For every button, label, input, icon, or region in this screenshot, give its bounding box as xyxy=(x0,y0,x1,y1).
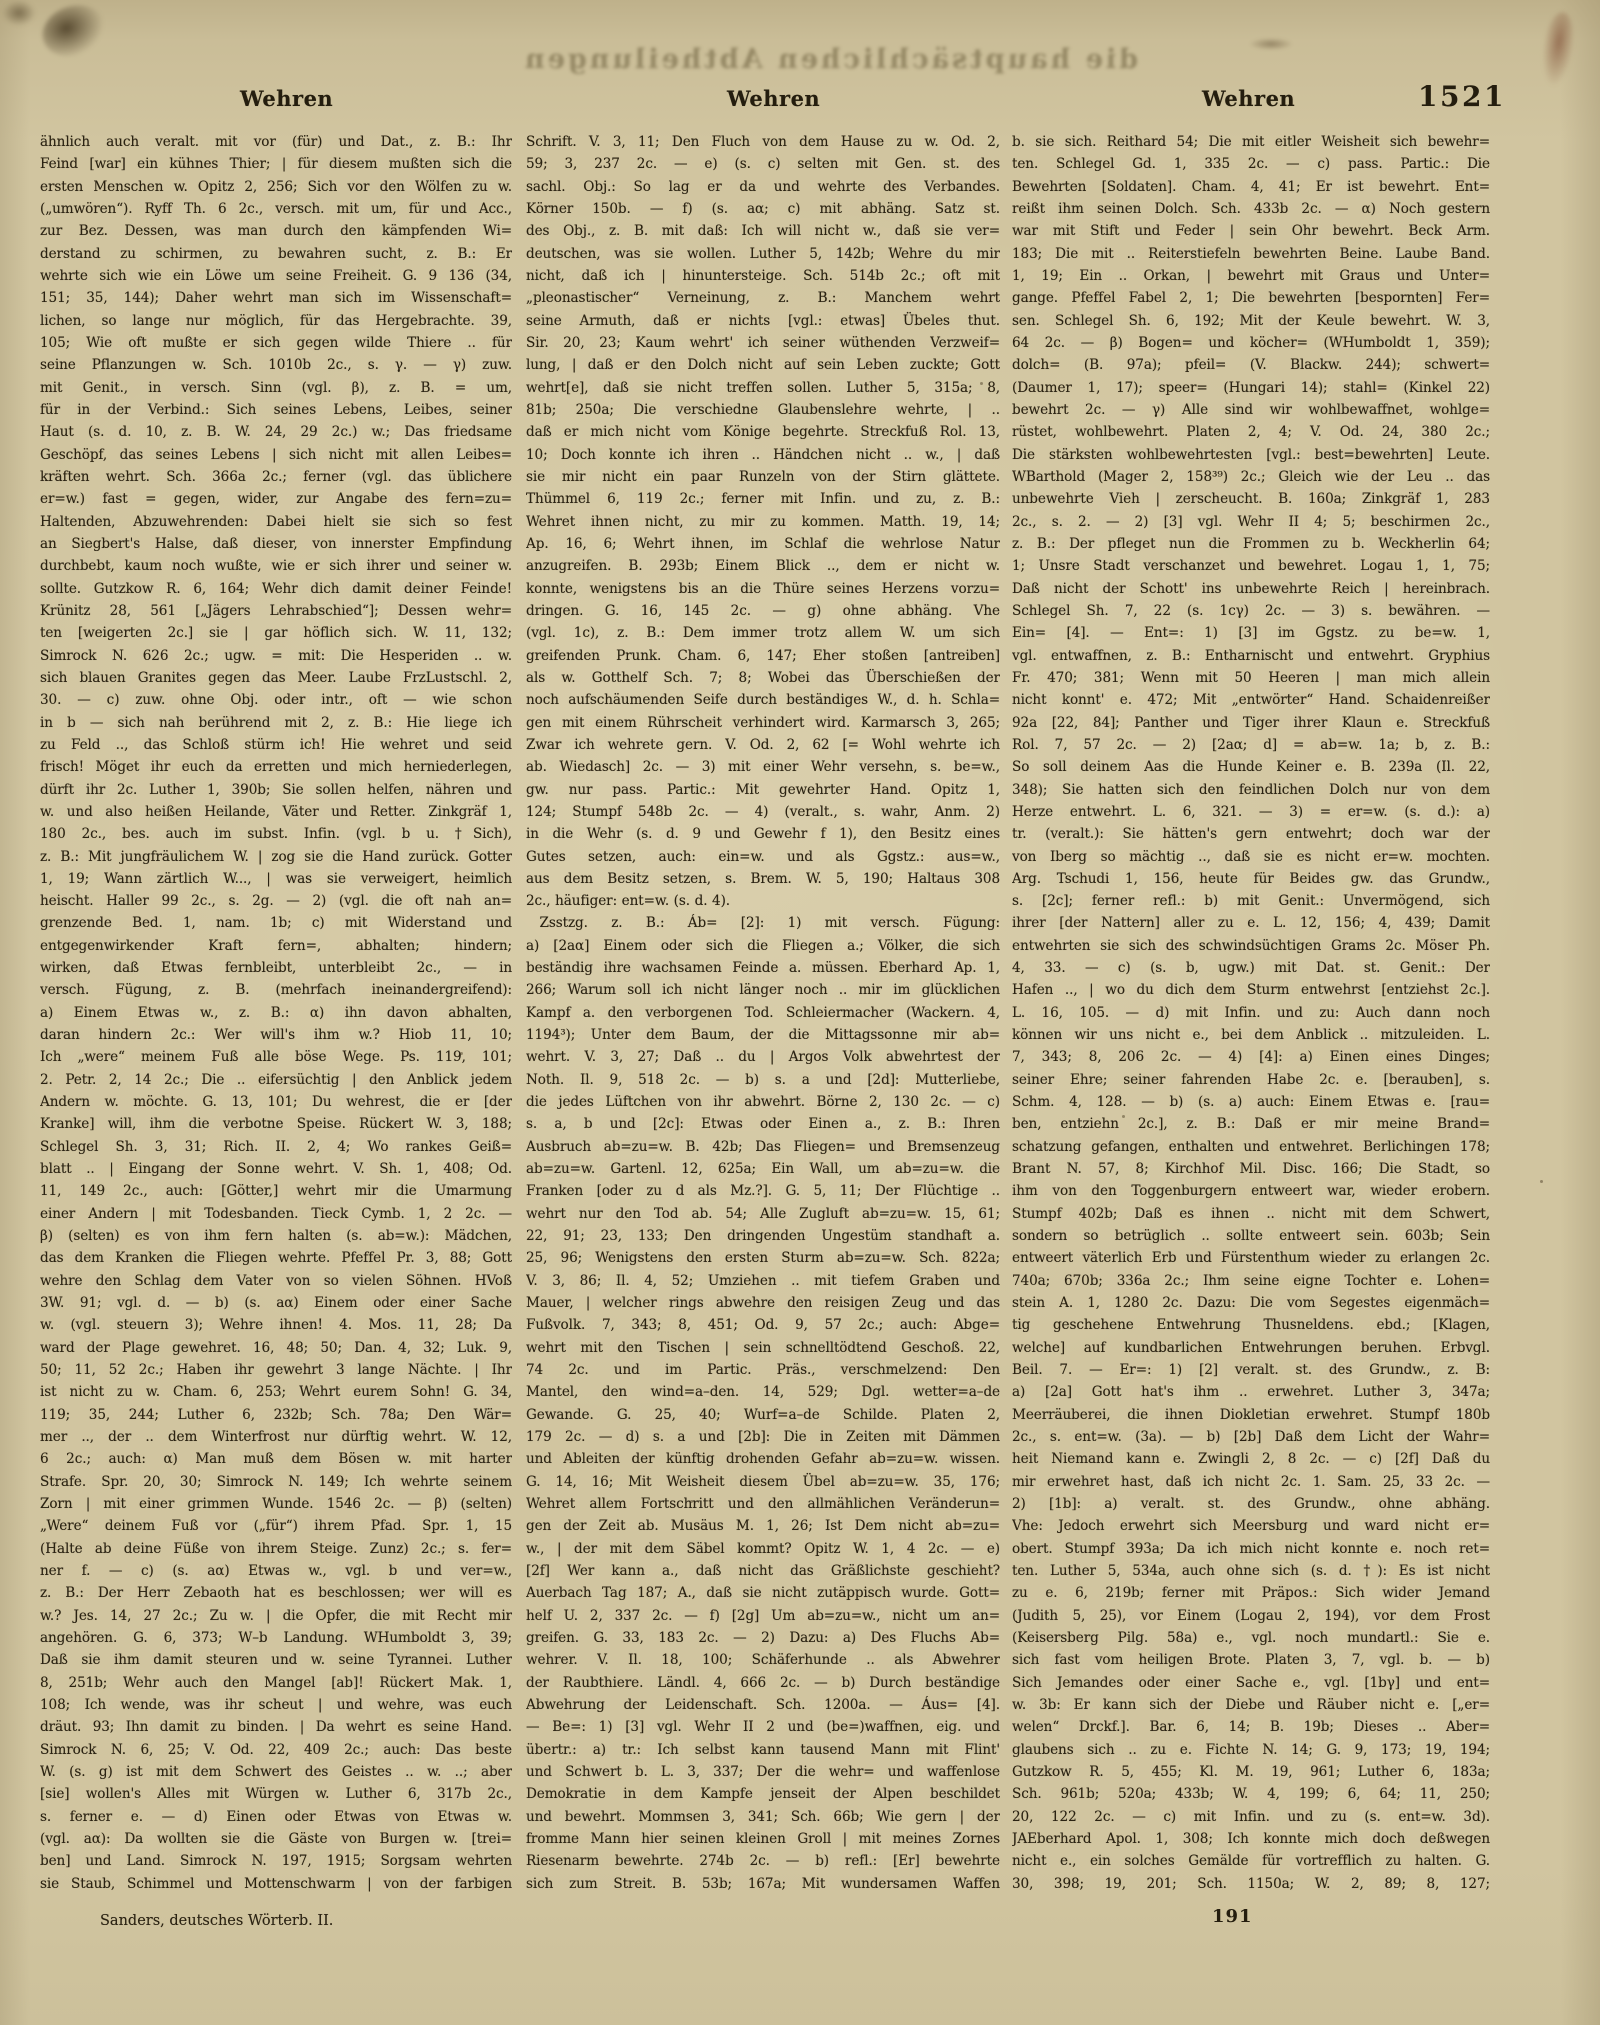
text-line: glaubens sich .. zu e. Fichte N. 14; G. … xyxy=(1012,1739,1490,1761)
text-line: Simrock N. 626 2c.; ugw. = mit: Die Hesp… xyxy=(40,645,512,667)
text-line: reißt ihm seinen Dolch. Sch. 433b 2c. — … xyxy=(1012,198,1490,220)
text-line: 3W. 91; vgl. d. — b) (s. aα) Einem oder … xyxy=(40,1292,512,1314)
text-line: als w. Gotthelf Sch. 7; 8; Wobei das Übe… xyxy=(526,667,1000,689)
text-line: 348); Sie hatten sich den feindlichen Do… xyxy=(1012,779,1490,801)
text-line: sondern so betrüglich .. sollte entweert… xyxy=(1012,1225,1490,1247)
text-line: Hafen .., | wo du dich dem Sturm entwehr… xyxy=(1012,979,1490,1001)
text-line: versch. Fügung, z. B. (mehrfach ineinand… xyxy=(40,979,512,1001)
text-line: entgegenwirkender Kraft fern=, abhalten;… xyxy=(40,935,512,957)
text-line: unbewehrte Vieh | zerscheucht. B. 160a; … xyxy=(1012,488,1490,510)
text-column-left: ähnlich auch veralt. mit vor (für) und D… xyxy=(40,131,512,1895)
text-line: blatt .. | Eingang der Sonne wehrt. V. S… xyxy=(40,1158,512,1180)
text-line: kräften wehrt. Sch. 366a 2c.; ferner (vg… xyxy=(40,466,512,488)
paper-speck xyxy=(1122,1115,1125,1118)
text-line: Daß sie ihm damit steuren und w. seine T… xyxy=(40,1649,512,1671)
text-line: 64 2c. — β) Bogen= und köcher= (WHumbold… xyxy=(1012,332,1490,354)
text-line: Sir. 20, 23; Kaum wehrt' ich seiner wüth… xyxy=(526,332,1000,354)
text-line: sen. Schlegel Sh. 6, 192; Mit der Keule … xyxy=(1012,310,1490,332)
text-line: Krünitz 28, 561 [„Jägers Lehrabschied“];… xyxy=(40,600,512,622)
text-line: ten [weigerten 2c.] sie | gar höflich si… xyxy=(40,622,512,644)
text-line: z. B.: Mit jungfräulichem W. | zog sie d… xyxy=(40,846,512,868)
text-line: die jedes Lüftchen von ihr abwehrt. Börn… xyxy=(526,1091,1000,1113)
text-line: W. (s. g) ist mit dem Schwert des Geiste… xyxy=(40,1761,512,1783)
text-line: grenzende Bed. 1, nam. 1b; c) mit Widers… xyxy=(40,912,512,934)
running-title-right: Wehren xyxy=(1202,86,1295,111)
text-line: entweert väterlich Erb und Fürstenthum w… xyxy=(1012,1247,1490,1269)
text-line: ist nicht zu w. Cham. 6, 253; Wehrt eure… xyxy=(40,1381,512,1403)
text-column-right: b. sie sich. Reithard 54; Die mit eitler… xyxy=(1012,131,1490,1895)
paper-speck xyxy=(460,1052,463,1055)
text-line: einer Andern | mit Todesbanden. Tieck Cy… xyxy=(40,1203,512,1225)
text-line: tig geschehene Entwehrung Thusneldens. e… xyxy=(1012,1314,1490,1336)
text-line: 183; Die mit .. Reiterstiefeln bewehrten… xyxy=(1012,243,1490,265)
text-line: Kranke] will, ihm die verbotne Speise. R… xyxy=(40,1113,512,1135)
text-line: für in der Verbind.: Sich seines Lebens,… xyxy=(40,399,512,421)
text-line: in die Wehr (s. d. 9 und Gewehr f 1), de… xyxy=(526,823,1000,845)
text-line: — Be=: 1) [3] vgl. Wehr II 2 und (be=)wa… xyxy=(526,1716,1000,1738)
text-line: 92a [22, 84]; Panther und Tiger ihrer Kl… xyxy=(1012,712,1490,734)
text-line: sie mir nicht ein paar Runzeln von der S… xyxy=(526,466,1000,488)
text-line: (Judith 5, 25), vor Einem (Logau 2, 194)… xyxy=(1012,1605,1490,1627)
text-line: daß er mich nicht vom Könige begehrte. S… xyxy=(526,421,1000,443)
text-line: frisch! Möget ihr euch da erretten und m… xyxy=(40,756,512,778)
text-line: zur Bez. Dessen, was man durch den kämpf… xyxy=(40,220,512,242)
text-line: Zorn | mit einer grimmen Wunde. 1546 2c.… xyxy=(40,1493,512,1515)
text-line: rüstet, wohlbewehrt. Platen 2, 4; V. Od.… xyxy=(1012,421,1490,443)
text-line: Gewande. G. 25, 40; Wurf=a–de Schilde. P… xyxy=(526,1404,1000,1426)
text-line: sich zum Streit. B. 53b; 167a; Mit wunde… xyxy=(526,1873,1000,1895)
text-line: Herze entwehrt. L. 6, 321. — 3) = er=w. … xyxy=(1012,801,1490,823)
text-line: Zsstzg. z. B.: Áb= [2]: 1) mit versch. F… xyxy=(526,912,1000,934)
text-line: 59; 3, 237 2c. — e) (s. c) selten mit Ge… xyxy=(526,153,1000,175)
text-line: greifenden Prunk. Cham. 6, 147; Eher sto… xyxy=(526,645,1000,667)
text-line: seine Armuth, daß er nichts [vgl.: etwas… xyxy=(526,310,1000,332)
paper-speck xyxy=(1460,1612,1463,1615)
text-line: Zwar ich wehrete gern. V. Od. 2, 62 [= W… xyxy=(526,734,1000,756)
paper-speck xyxy=(300,700,303,703)
text-line: s. [2c]; ferner refl.: b) mit Genit.: Un… xyxy=(1012,890,1490,912)
text-line: lichen, so lange nur möglich, für das He… xyxy=(40,310,512,332)
text-line: der Raubthiere. Ländl. 4, 666 2c. — b) D… xyxy=(526,1672,1000,1694)
text-line: an Siegbert's Halse, daß dieser, von inn… xyxy=(40,533,512,555)
text-line: beständig ihre wachsamen Feinde a. müsse… xyxy=(526,957,1000,979)
text-line: „pleonastischer“ Verneinung, z. B.: Manc… xyxy=(526,287,1000,309)
text-line: wehrt nur den Tod ab. 54; Alle Zugluft a… xyxy=(526,1203,1000,1225)
text-line: [2f] Wer kann a., daß nicht das Gräßlich… xyxy=(526,1560,1000,1582)
text-line: G. 14, 16; Mit Weisheit diesem Übel ab=z… xyxy=(526,1471,1000,1493)
text-column-middle: Schrift. V. 3, 11; Den Fluch von dem Hau… xyxy=(526,131,1000,1895)
text-line: Haltenden, Abzuwehrenden: Dabei hielt si… xyxy=(40,511,512,533)
paper-speck xyxy=(1540,1180,1543,1183)
sheet-number: 191 xyxy=(1212,1906,1253,1927)
text-line: Fußvolk. 7, 343; 8, 451; Od. 9, 57 2c.; … xyxy=(526,1314,1000,1336)
text-line: ward der Plage gewehret. 16, 48; 50; Dan… xyxy=(40,1337,512,1359)
text-line: 2c., häufiger: ent=w. (s. d. 4). xyxy=(526,890,1000,912)
text-line: Schm. 4, 128. — b) (s. a) auch: Einem Et… xyxy=(1012,1091,1490,1113)
text-line: Bewehrten [Soldaten]. Cham. 4, 41; Er is… xyxy=(1012,176,1490,198)
text-line: tr. (veralt.): Sie hätten's gern entwehr… xyxy=(1012,823,1490,845)
text-line: Rol. 7, 57 2c. — 2) [2aα; d] = ab=w. 1a;… xyxy=(1012,734,1490,756)
text-line: V. 3, 86; Il. 4, 52; Umziehen .. mit tie… xyxy=(526,1270,1000,1292)
text-line: z. B.: Der pfleget nun die Frommen zu b.… xyxy=(1012,533,1490,555)
text-line: des Obj., z. B. mit daß: Ich will nicht … xyxy=(526,220,1000,242)
running-title-middle: Wehren xyxy=(727,86,820,111)
text-line: gen der Zeit ab. Musäus M. 1, 26; Ist De… xyxy=(526,1515,1000,1537)
text-line: Gutes setzen, auch: ein=w. und als Ggstz… xyxy=(526,846,1000,868)
text-line: 1, 19; Wann zärtlich W..., | was sie ver… xyxy=(40,868,512,890)
text-line: Sch. 961b; 520a; 433b; W. 4, 199; 6, 64;… xyxy=(1012,1783,1490,1805)
text-line: aus dem Besitz setzen, s. Brem. W. 5, 19… xyxy=(526,868,1000,890)
text-line: stein A. 1, 1280 2c. Dazu: Die vom Seges… xyxy=(1012,1292,1490,1314)
text-line: s. ferner e. — d) Einen oder Etwas von E… xyxy=(40,1806,512,1828)
text-line: von Iberg so mächtig .., daß sie es nich… xyxy=(1012,846,1490,868)
text-line: anzugreifen. B. 293b; Einem Blick .., de… xyxy=(526,555,1000,577)
text-line: (Keisersberg Pilg. 58a) e., vgl. noch mu… xyxy=(1012,1627,1490,1649)
text-line: nicht konnt' e. 472; Mit „entwörter“ Han… xyxy=(1012,689,1490,711)
paper-speck xyxy=(980,382,983,385)
text-line: mir erwehret hast, daß ich nicht 2c. 1. … xyxy=(1012,1471,1490,1493)
text-line: β) (selten) es von ihm fern halten (s. a… xyxy=(40,1225,512,1247)
text-line: er=w.) fast = gegen, wider, zur Angabe d… xyxy=(40,488,512,510)
text-line: schatzung gefangen, enthalten und entweh… xyxy=(1012,1136,1490,1158)
text-line: Feind [war] ein kühnes Thier; | für dies… xyxy=(40,153,512,175)
text-line: WBarthold (Mager 2, 158³⁹) 2c.; Gleich w… xyxy=(1012,466,1490,488)
text-line: 22, 91; 23, 133; Den dringenden Ungestüm… xyxy=(526,1225,1000,1247)
text-line: ab=zu=w. Gartenl. 12, 625a; Ein Wall, um… xyxy=(526,1158,1000,1180)
text-line: gen mit einem Rührscheit verhindert wird… xyxy=(526,712,1000,734)
text-line: Die stärksten wohlbewehrtesten [vgl.: be… xyxy=(1012,444,1490,466)
text-line: Abwehrung der Leidenschaft. Sch. 1200a. … xyxy=(526,1694,1000,1716)
text-line: wehrte sich wie ein Löwe um seine Freihe… xyxy=(40,265,512,287)
text-line: z. B.: Der Herr Zebaoth hat es beschloss… xyxy=(40,1582,512,1604)
text-line: (Halte ab deine Füße von ihrem Steige. Z… xyxy=(40,1538,512,1560)
text-line: wehrt. V. 3, 27; Daß .. du | Argos Volk … xyxy=(526,1046,1000,1068)
text-line: ten. Luther 5, 534a, auch ohne sich (s. … xyxy=(1012,1560,1490,1582)
text-line: Ausbruch ab=zu=w. B. 42b; Das Fliegen= u… xyxy=(526,1136,1000,1158)
text-line: Geschöpf, das seines Lebens | sich nicht… xyxy=(40,444,512,466)
text-line: 740a; 670b; 336a 2c.; Ihm seine eigne To… xyxy=(1012,1270,1490,1292)
text-line: durchbebt, kaum noch wußte, wie er sich … xyxy=(40,555,512,577)
text-line: in b — sich nah berührend mit 2, z. B.: … xyxy=(40,712,512,734)
text-line: 179 2c. — d) s. a und [2b]: Die in Zeite… xyxy=(526,1426,1000,1448)
text-line: 124; Stumpf 548b 2c. — 4) (veralt., s. w… xyxy=(526,801,1000,823)
scan-stain-top-right xyxy=(1538,10,1578,87)
text-line: helf U. 2, 337 2c. — f) [2g] Um ab=zu=w.… xyxy=(526,1605,1000,1627)
text-line: Schrift. V. 3, 11; Den Fluch von dem Hau… xyxy=(526,131,1000,153)
text-line: w. (vgl. steuern 3); Wehre ihnen! 4. Mos… xyxy=(40,1314,512,1336)
text-line: seine Pflanzungen w. Sch. 1010b 2c., s. … xyxy=(40,354,512,376)
text-line: wehre den Schlag dem Vater von so vielen… xyxy=(40,1270,512,1292)
text-line: 7, 343; 8, 206 2c. — 4) [4]: a) Einen ei… xyxy=(1012,1046,1490,1068)
text-line: Wehret allem Fortschritt und den allmähl… xyxy=(526,1493,1000,1515)
text-line: 50; 11, 52 2c.; Haben ihr gewehrt 3 lang… xyxy=(40,1359,512,1381)
text-line: ihrer [der Nattern] aller zu e. L. 12, 1… xyxy=(1012,912,1490,934)
text-line: 1; Unsre Stadt verschanzet und bewehret.… xyxy=(1012,555,1490,577)
text-line: a) [2a] Gott hat's ihm .. erwehret. Luth… xyxy=(1012,1381,1490,1403)
text-line: Fr. 470; 381; Wenn mit 50 Heeren | man m… xyxy=(1012,667,1490,689)
text-line: 2. Petr. 2, 14 2c.; Die .. eifersüchtig … xyxy=(40,1069,512,1091)
text-line: L. 16, 105. — d) mit Infin. und zu: Auch… xyxy=(1012,1002,1490,1024)
text-line: Meerräuberei, die ihnen Diokletian erweh… xyxy=(1012,1404,1490,1426)
scan-stain-top-left-corner xyxy=(2,0,36,26)
text-line: Ich „were“ meinem Fuß alle böse Wege. Ps… xyxy=(40,1046,512,1068)
text-line: 180 2c., bes. auch im subst. Infin. (vgl… xyxy=(40,823,512,845)
text-line: nicht, daß ich | hinuntersteige. Sch. 51… xyxy=(526,265,1000,287)
text-line: Noth. Il. 9, 518 2c. — b) s. a und [2d]:… xyxy=(526,1069,1000,1091)
text-line: angehören. G. 6, 373; W–b Landung. WHumb… xyxy=(40,1627,512,1649)
bleed-through-text: die hauptsächlichen Abtheilungen xyxy=(478,44,1138,84)
text-line: 2c., s. ent=w. (3a). — b) [2b] Daß dem L… xyxy=(1012,1426,1490,1448)
text-line: obert. Stumpf 393a; Da ich mich nicht ko… xyxy=(1012,1538,1490,1560)
text-line: 266; Warum soll ich nicht länger noch ..… xyxy=(526,979,1000,1001)
text-line: vgl. entwaffnen, z. B.: Entharnischt und… xyxy=(1012,645,1490,667)
text-line: nicht e., ein solches Gemälde für vortre… xyxy=(1012,1850,1490,1872)
text-line: derstand zu schirmen, zu bewahren sucht,… xyxy=(40,243,512,265)
text-line: w. und also heißen Heilande, Väter und R… xyxy=(40,801,512,823)
text-line: ähnlich auch veralt. mit vor (für) und D… xyxy=(40,131,512,153)
text-line: daran hindern 2c.: Wer will's ihm w.? Hi… xyxy=(40,1024,512,1046)
text-line: Franken [oder zu d als Mz.?]. G. 5, 11; … xyxy=(526,1180,1000,1202)
text-line: 25, 96; Wenigstens den ersten Sturm ab=z… xyxy=(526,1247,1000,1269)
text-line: zu e. 6, 219b; ferner mit Präpos.: Sich … xyxy=(1012,1582,1490,1604)
text-line: gw. nur pass. Partic.: Mit gewehrter Han… xyxy=(526,779,1000,801)
text-line: Vhe: Jedoch erwehrt sich Meersburg und w… xyxy=(1012,1515,1490,1537)
text-line: heischt. Haller 99 2c., s. 2g. — 2) (vgl… xyxy=(40,890,512,912)
text-line: bewehrt 2c. — γ) Alle sind wir wohlbewaf… xyxy=(1012,399,1490,421)
text-line: (vgl. aα): Da wollten sie die Gäste von … xyxy=(40,1828,512,1850)
text-line: war mit Stift und Feder | sein Ohr beweh… xyxy=(1012,220,1490,242)
paper-speck xyxy=(690,1500,693,1503)
text-line: Brant N. 57, 8; Kirchhof Mil. Disc. 166;… xyxy=(1012,1158,1490,1180)
text-line: „Were“ deinem Fuß vor („für“) ihrem Pfad… xyxy=(40,1515,512,1537)
text-line: sich fast vom heiligen Brote. Platen 3, … xyxy=(1012,1649,1490,1671)
text-line: So soll deinem Aas die Hunde Keiner e. B… xyxy=(1012,756,1490,778)
text-line: mer .., der .. dem Winterfrost nur dürft… xyxy=(40,1426,512,1448)
text-line: dräut. 93; Ihn damit zu binden. | Da weh… xyxy=(40,1716,512,1738)
text-line: 8, 251b; Wehr auch den Mangel [ab]! Rück… xyxy=(40,1672,512,1694)
text-line: Wehret ihnen nicht, zu mir zu kommen. Ma… xyxy=(526,511,1000,533)
text-line: („umwören“). Ryff Th. 6 2c., versch. mit… xyxy=(40,198,512,220)
text-line: entwehrten sie sich des schwindsüchtigen… xyxy=(1012,935,1490,957)
text-line: Mauer, | welcher rings abwehre den reisi… xyxy=(526,1292,1000,1314)
text-line: übertr.: a) tr.: Ich selbst kann tausend… xyxy=(526,1739,1000,1761)
text-line: Gutzkow R. 5, 455; Kl. M. 19, 961; Luthe… xyxy=(1012,1761,1490,1783)
text-line: sachl. Obj.: So lag er da und wehrte des… xyxy=(526,176,1000,198)
scan-stain-top-left xyxy=(36,0,112,65)
text-line: Sich Jemandes oder einer Sache e., vgl. … xyxy=(1012,1672,1490,1694)
text-line: w. 3b: Er kann sich der Diebe und Räuber… xyxy=(1012,1694,1490,1716)
text-line: (Daumer 1, 17); speer= (Hungari 14); sta… xyxy=(1012,377,1490,399)
text-line: Beil. 7. — Er=: 1) [2] veralt. st. des G… xyxy=(1012,1359,1490,1381)
text-line: welche] auf kundbarlichen Entwehrungen b… xyxy=(1012,1337,1490,1359)
text-line: lung, | daß er den Dolch nicht auf sein … xyxy=(526,354,1000,376)
text-line: können wir uns nicht e., bei dem Anblick… xyxy=(1012,1024,1490,1046)
text-line: seiner Ehre; seiner fahrenden Habe 2c. e… xyxy=(1012,1069,1490,1091)
text-line: dürft ihr 2c. Luther 1, 390b; Sie sollen… xyxy=(40,779,512,801)
text-line: Mantel, den wind=a–den. 14, 529; Dgl. we… xyxy=(526,1381,1000,1403)
text-line: 6 2c.; auch: α) Man muß dem Bösen w. mit… xyxy=(40,1448,512,1470)
text-line: heit Niemand kann e. Zwingli 2, 8 2c. — … xyxy=(1012,1448,1490,1470)
text-line: Auerbach Tag 187; A., daß sie nicht zutä… xyxy=(526,1582,1000,1604)
text-line: Schlegel Sh. 7, 22 (s. 1cγ) 2c. — 3) s. … xyxy=(1012,600,1490,622)
text-line: wehrt mit den Tischen | sein schnelltödt… xyxy=(526,1337,1000,1359)
text-line: 2c., s. 2. — 2) [3] vgl. Wehr II 4; 5; b… xyxy=(1012,511,1490,533)
text-line: Andern w. möchte. G. 13, 101; Du wehrest… xyxy=(40,1091,512,1113)
text-line: fromme Mann hier seinen kleinen Groll | … xyxy=(526,1828,1000,1850)
text-line: 108; Ich wende, was ihr scheut | und weh… xyxy=(40,1694,512,1716)
text-line: JAEberhard Apol. 1, 308; Ich konnte mich… xyxy=(1012,1828,1490,1850)
text-line: a) Einem Etwas w., z. B.: α) ihn davon a… xyxy=(40,1002,512,1024)
text-line: w., | der mit dem Säbel kommt? Opitz W. … xyxy=(526,1538,1000,1560)
text-line: w.? Jes. 14, 27 2c.; Zu w. | die Opfer, … xyxy=(40,1605,512,1627)
text-line: Körner 150b. — f) (s. aα; c) mit abhäng.… xyxy=(526,198,1000,220)
dictionary-page: die hauptsächlichen Abtheilungen Wehren … xyxy=(0,0,1600,2025)
text-line: zu Feld .., das Schloß stürm ich! Hie we… xyxy=(40,734,512,756)
text-line: mit Genit., in versch. Sinn (vgl. β), z.… xyxy=(40,377,512,399)
text-line: wehrt[e], daß sie nicht treffen sollen. … xyxy=(526,377,1000,399)
text-line: ben] und Land. Simrock N. 197, 1915; Sor… xyxy=(40,1850,512,1872)
scan-stain-top-center xyxy=(1250,38,1292,50)
text-line: 11, 149 2c., auch: [Götter,] wehrt mir d… xyxy=(40,1180,512,1202)
text-line: das dem Kranken die Fliegen wehrte. Pfef… xyxy=(40,1247,512,1269)
text-line: ersten Menschen w. Opitz 2, 256; Sich vo… xyxy=(40,176,512,198)
text-line: Riesenarm bewehrte. 274b 2c. — b) refl.:… xyxy=(526,1850,1000,1872)
text-line: und Schwert b. L. 3, 337; Der die wehr= … xyxy=(526,1761,1000,1783)
paper-speck xyxy=(200,1702,203,1705)
text-line: b. sie sich. Reithard 54; Die mit eitler… xyxy=(1012,131,1490,153)
text-line: (vgl. 1c), z. B.: Dem immer trotz allem … xyxy=(526,622,1000,644)
text-line: und bewehrt. Mommsen 3, 341; Sch. 66b; W… xyxy=(526,1806,1000,1828)
text-line: Stumpf 402b; Daß es ihnen .. nicht mit d… xyxy=(1012,1203,1490,1225)
text-line: Thümmel 6, 119 2c.; ferner mit Infin. un… xyxy=(526,488,1000,510)
text-line: Ap. 16, 6; Wehrt ihnen, im Schlaf die we… xyxy=(526,533,1000,555)
text-line: wehrer. V. Il. 18, 100; Schäferhunde .. … xyxy=(526,1649,1000,1671)
text-line: 20, 122 2c. — c) mit Infin. und zu (s. e… xyxy=(1012,1806,1490,1828)
text-line: [sie] wollen's Alles mit Würgen w. Luthe… xyxy=(40,1783,512,1805)
running-title-left: Wehren xyxy=(240,86,333,111)
text-line: 119; 35, 244; Luther 6, 232b; Sch. 78a; … xyxy=(40,1404,512,1426)
text-line: 151; 35, 144); Daher wehrt man sich im W… xyxy=(40,287,512,309)
text-line: Schlegel Sh. 3, 31; Rich. II. 2, 4; Wo r… xyxy=(40,1136,512,1158)
text-line: ab. Wiedasch] 2c. — 3) mit einer Wehr ve… xyxy=(526,756,1000,778)
text-line: Daß nicht der Schott' ins unbewehrte Rei… xyxy=(1012,578,1490,600)
text-line: 1194³); Unter dem Baum, der die Mittagss… xyxy=(526,1024,1000,1046)
text-line: Arg. Tschudi 1, 156, heute für Beides gw… xyxy=(1012,868,1490,890)
text-line: 2) [1b]: a) veralt. st. des Grundw., ohn… xyxy=(1012,1493,1490,1515)
page-number: 1521 xyxy=(1418,80,1506,113)
text-line: ner f. — c) (s. aα) Etwas w., vgl. b und… xyxy=(40,1560,512,1582)
text-line: Strafe. Spr. 20, 30; Simrock N. 149; Ich… xyxy=(40,1471,512,1493)
text-line: greifen. G. 33, 183 2c. — 2) Dazu: a) De… xyxy=(526,1627,1000,1649)
text-line: Kampf a. den verborgenen Tod. Schleierma… xyxy=(526,1002,1000,1024)
text-line: 1, 19; Ein .. Orkan, | bewehrt mit Graus… xyxy=(1012,265,1490,287)
text-line: dringen. G. 16, 145 2c. — g) ohne abhäng… xyxy=(526,600,1000,622)
text-line: ihm von den Toggenburgern entweert war, … xyxy=(1012,1180,1490,1202)
text-line: Haut (s. d. 10, z. B. W. 24, 29 2c.) w.;… xyxy=(40,421,512,443)
text-line: a) [2aα] Einem oder sich die Fliegen a.;… xyxy=(526,935,1000,957)
text-line: 74 2c. und im Partic. Präs., verschmelze… xyxy=(526,1359,1000,1381)
text-line: sie Staub, Schimmel und Mottenschwarm | … xyxy=(40,1873,512,1895)
text-line: wirken, daß Etwas fernbleibt, unterbleib… xyxy=(40,957,512,979)
text-line: Ein= [4]. — Ent=: 1) [3] im Ggstz. zu be… xyxy=(1012,622,1490,644)
text-line: 10; Doch konnte ich ihren .. Händchen ni… xyxy=(526,444,1000,466)
text-line: welen“ Drckf.]. Bar. 6, 14; B. 19b; Dies… xyxy=(1012,1716,1490,1738)
text-line: Demokratie in dem Kampfe jenseit der Alp… xyxy=(526,1783,1000,1805)
text-line: 30. — c) zuw. ohne Obj. oder intr., oft … xyxy=(40,689,512,711)
text-line: Simrock N. 6, 25; V. Od. 22, 409 2c.; au… xyxy=(40,1739,512,1761)
text-line: gange. Pfeffel Fabel 2, 1; Die bewehrten… xyxy=(1012,287,1490,309)
text-line: deutschen, was sie wollen. Luther 5, 142… xyxy=(526,243,1000,265)
volume-signature: Sanders, deutsches Wörterb. II. xyxy=(100,1913,333,1929)
text-line: sollte. Gutzkow R. 6, 164; Wehr dich dam… xyxy=(40,578,512,600)
text-line: dolch= (B. 97a); pfeil= (V. Blackw. 244)… xyxy=(1012,354,1490,376)
text-line: sich blauen Granites gegen das Meer. Lau… xyxy=(40,667,512,689)
text-line: und Ableiten der künftig drohenden Gefah… xyxy=(526,1448,1000,1470)
text-line: ten. Schlegel Gd. 1, 335 2c. — c) pass. … xyxy=(1012,153,1490,175)
text-line: 105; Wie oft mußte er sich gegen wilde T… xyxy=(40,332,512,354)
text-line: 4, 33. — c) (s. b, ugw.) mit Dat. st. Ge… xyxy=(1012,957,1490,979)
text-line: s. a, b und [2c]: Etwas oder Einen a., z… xyxy=(526,1113,1000,1135)
text-line: 81b; 250a; Die verschiedne Glaubenslehre… xyxy=(526,399,1000,421)
text-line: ben, entziehn 2c.], z. B.: Daß er mir me… xyxy=(1012,1113,1490,1135)
text-line: 30, 398; 19, 201; Sch. 1150a; W. 2, 89; … xyxy=(1012,1873,1490,1895)
text-line: konnte, wenigstens bis an die Thüre sein… xyxy=(526,578,1000,600)
text-line: noch aufschäumenden Seife durch beständi… xyxy=(526,689,1000,711)
